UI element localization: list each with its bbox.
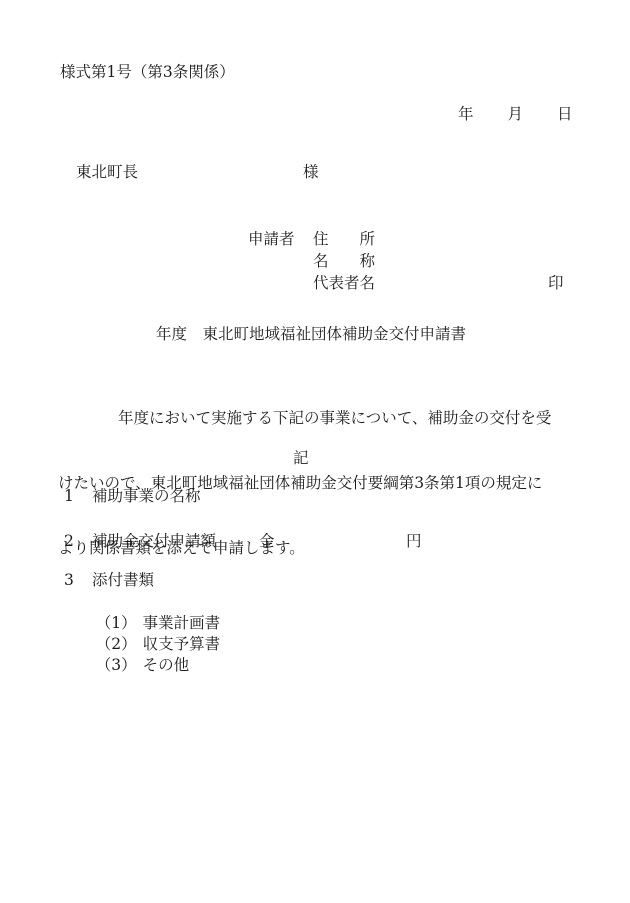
day-label: 日 bbox=[557, 104, 573, 126]
document-page: 様式第1号（第3条関係） 年 月 日 東北町長 様 申請者 住 所 名 称 代表… bbox=[0, 0, 630, 903]
item-2-number: 2 bbox=[64, 531, 74, 553]
document-title: 年度 東北町地域福祉団体補助金交付申請書 bbox=[156, 324, 466, 346]
applicant-address-label: 住 所 bbox=[313, 229, 375, 251]
item-1-number: 1 bbox=[64, 486, 74, 508]
item-1-label: 補助事業の名称 bbox=[92, 486, 201, 508]
date-line: 年 月 日 bbox=[458, 104, 573, 126]
applicant-label: 申請者 bbox=[248, 229, 295, 251]
body-paragraph: 年度において実施する下記の事業について、補助金の交付を受 けたいので、東北町地域… bbox=[58, 365, 572, 603]
applicant-name-label: 名 称 bbox=[313, 251, 375, 273]
addressee-honorific: 様 bbox=[303, 162, 319, 184]
attachment-3-label: その他 bbox=[143, 656, 190, 674]
form-number: 様式第1号（第3条関係） bbox=[60, 62, 235, 84]
item-3-label: 添付書類 bbox=[92, 570, 154, 592]
body-line-1: 年度において実施する下記の事業について、補助金の交付を受 bbox=[58, 408, 572, 430]
amount-suffix-label: 円 bbox=[406, 531, 422, 553]
month-label: 月 bbox=[508, 104, 524, 126]
year-label: 年 bbox=[458, 104, 474, 126]
item-2-label: 補助金交付申請額 bbox=[92, 531, 216, 553]
attachment-3-number: （3） bbox=[96, 656, 137, 674]
list-heading: 記 bbox=[293, 448, 309, 470]
item-3-number: 3 bbox=[64, 570, 74, 592]
attachment-item-3: （3）その他 bbox=[76, 633, 189, 698]
addressee-name: 東北町長 bbox=[76, 162, 138, 184]
amount-prefix-label: 金 bbox=[259, 531, 275, 553]
applicant-representative-label: 代表者名 bbox=[313, 273, 375, 295]
seal-label: 印 bbox=[548, 273, 564, 295]
